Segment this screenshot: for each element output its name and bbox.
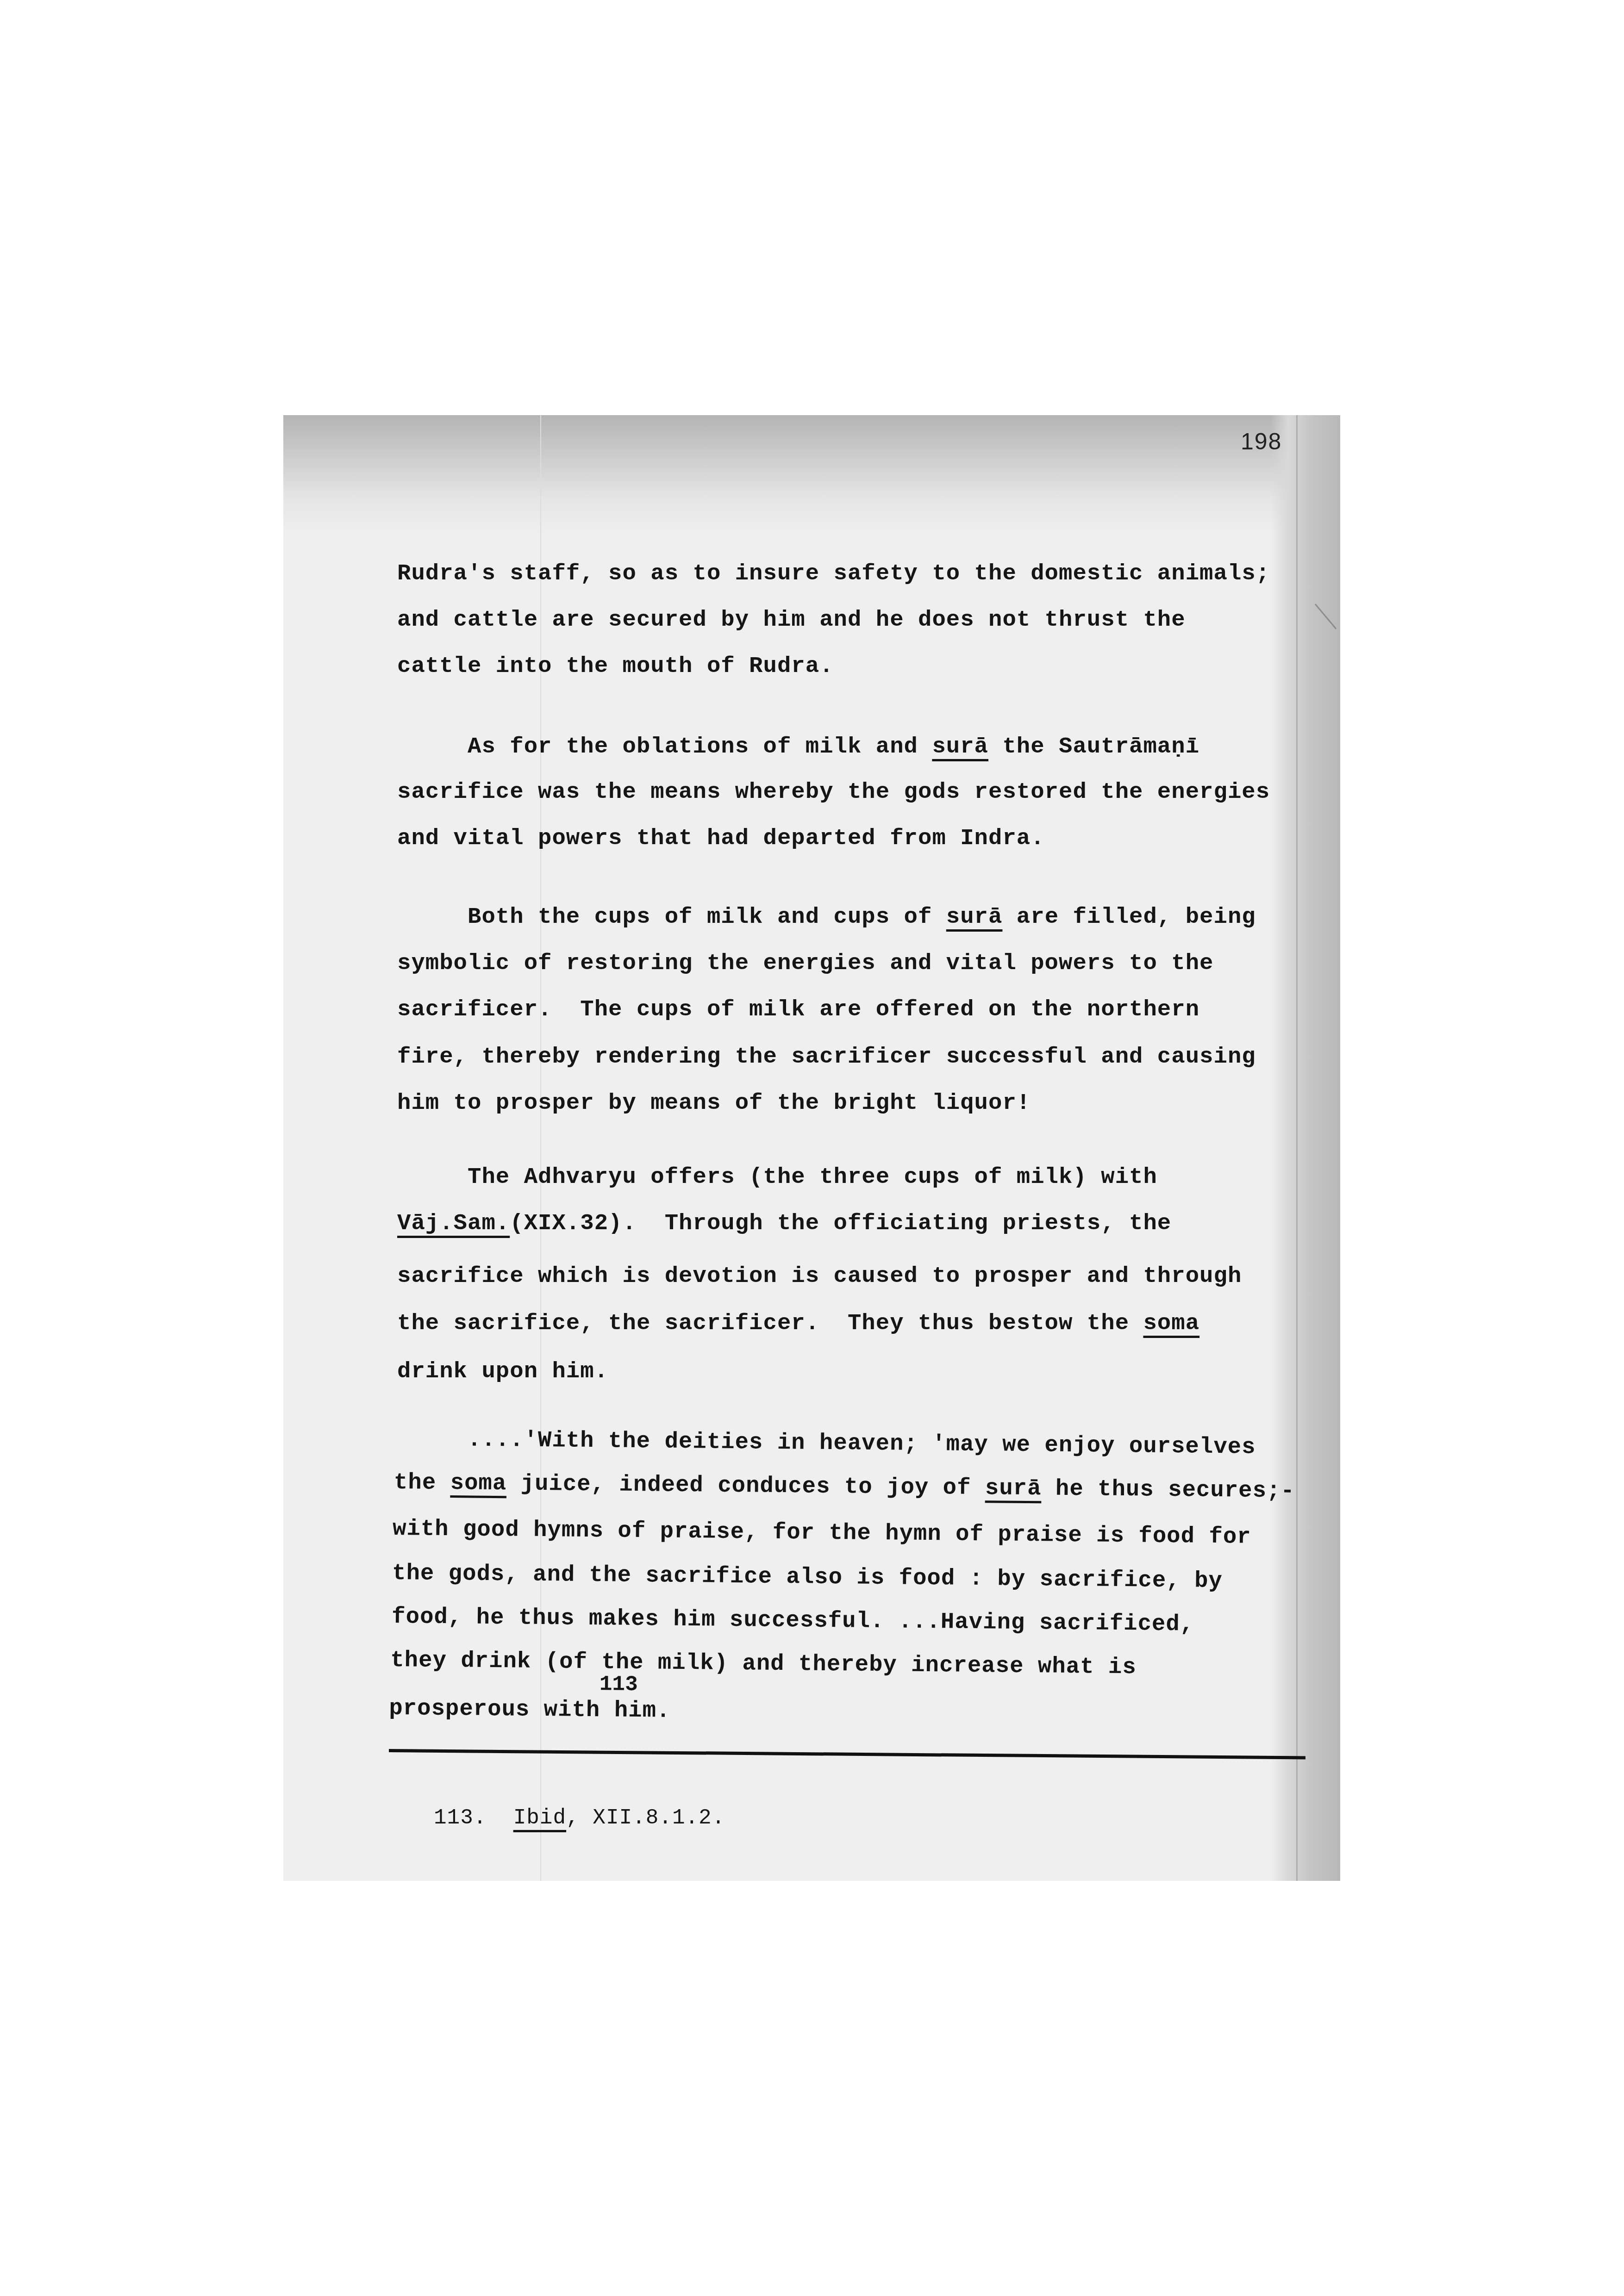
footnote-source-ibid: Ibid: [513, 1806, 566, 1830]
footnote-marker: 113: [600, 1672, 638, 1697]
text-line-with-underline: the soma juice, indeed conduces to joy o…: [394, 1471, 1295, 1503]
text-line: the gods, and the sacrifice also is food…: [392, 1562, 1223, 1593]
text-line: food, he thus makes him successful. ...H…: [392, 1605, 1194, 1636]
text-line: with good hymns of praise, for the hymn …: [393, 1518, 1251, 1549]
underlined-term-sura: surā: [985, 1475, 1042, 1501]
underlined-term-soma: soma: [450, 1470, 506, 1496]
footnote-reference: , XII.8.1.2.: [566, 1806, 725, 1830]
scanned-page: 198 Rudra's staff, so as to insure safet…: [283, 415, 1340, 1881]
text-line: prosperous with him.: [389, 1697, 671, 1723]
footnote-113: 113. Ibid, XII.8.1.2.: [434, 1806, 725, 1830]
text-line: they drink (of the milk) and thereby inc…: [390, 1649, 1137, 1679]
footnote-number: 113.: [434, 1806, 487, 1830]
text-line: ....'With the deities in heaven; 'may we…: [397, 1428, 1256, 1459]
paragraph-5-quotation: ....'With the deities in heaven; 'may we…: [283, 415, 1340, 1881]
